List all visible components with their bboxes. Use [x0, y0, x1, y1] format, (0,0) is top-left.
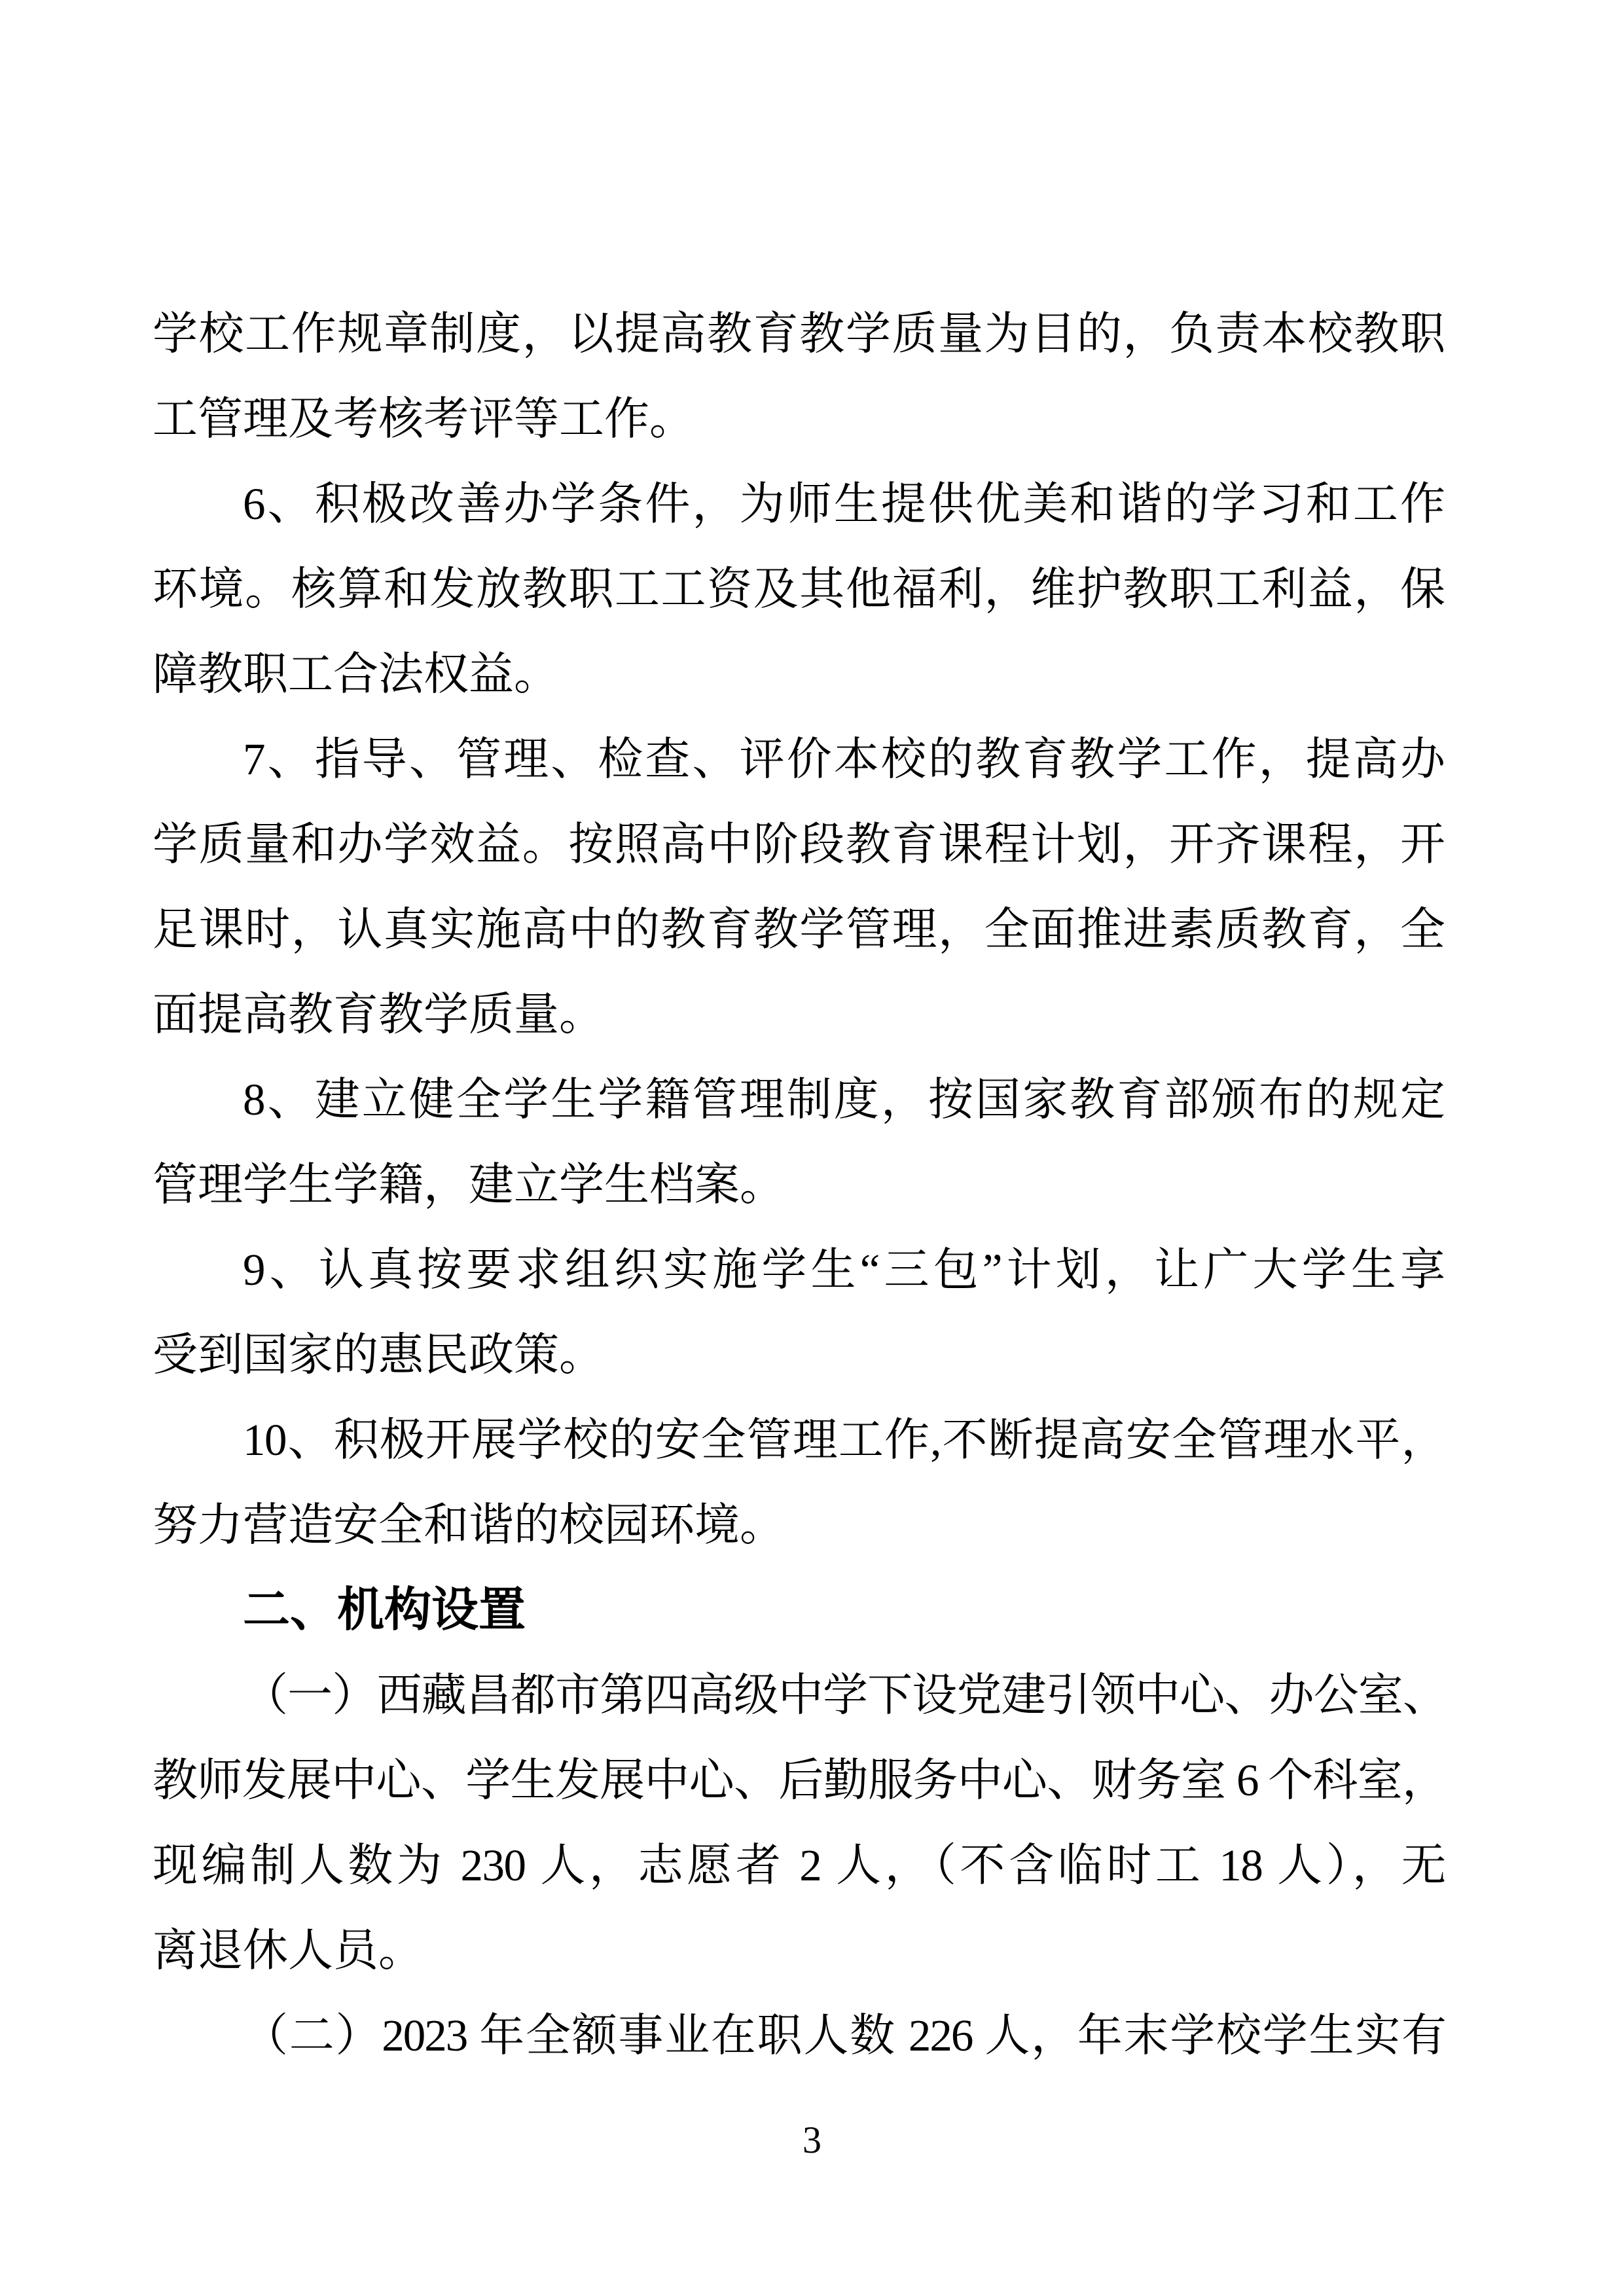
text-line: 学校工作规章制度，以提高教育教学质量为目的，负责本校教职: [153, 291, 1445, 376]
text-line: 面提高教育教学质量。: [153, 972, 1445, 1057]
text-line: 受到国家的惠民政策。: [153, 1312, 1445, 1397]
document-page: 学校工作规章制度，以提高教育教学质量为目的，负责本校教职 工管理及考核考评等工作…: [0, 0, 1624, 2296]
text-line: 管理学生学籍，建立学生档案。: [153, 1142, 1445, 1227]
section-heading: 二、机构设置: [153, 1568, 1445, 1653]
text-line: 足课时，认真实施高中的教育教学管理，全面推进素质教育，全: [153, 887, 1445, 972]
text-line: 努力营造安全和谐的校园环境。: [153, 1482, 1445, 1568]
text-line: （二）2023 年全额事业在职人数 226 人，年末学校学生实有: [153, 1993, 1445, 2078]
document-body: 学校工作规章制度，以提高教育教学质量为目的，负责本校教职 工管理及考核考评等工作…: [153, 291, 1445, 2078]
text-line: 9、认真按要求组织实施学生“三包”计划，让广大学生享: [153, 1227, 1445, 1312]
text-line: 8、建立健全学生学籍管理制度，按国家教育部颁布的规定: [153, 1057, 1445, 1142]
page-number: 3: [0, 2114, 1624, 2166]
text-line: 6、积极改善办学条件，为师生提供优美和谐的学习和工作: [153, 461, 1445, 547]
text-line: 离退休人员。: [153, 1908, 1445, 1993]
text-line: 学质量和办学效益。按照高中阶段教育课程计划，开齐课程，开: [153, 802, 1445, 887]
text-line: 工管理及考核考评等工作。: [153, 376, 1445, 461]
text-line: 10、积极开展学校的安全管理工作,不断提高安全管理水平，: [153, 1397, 1445, 1482]
text-line: （一）西藏昌都市第四高级中学下设党建引领中心、办公室、: [153, 1653, 1445, 1738]
text-line: 障教职工合法权益。: [153, 632, 1445, 717]
text-line: 现编制人数为 230 人，志愿者 2 人，（不含临时工 18 人），无: [153, 1823, 1445, 1908]
text-line: 环境。核算和发放教职工工资及其他福利，维护教职工利益，保: [153, 547, 1445, 632]
text-line: 7、指导、管理、检查、评价本校的教育教学工作，提高办: [153, 717, 1445, 802]
text-line: 教师发展中心、学生发展中心、后勤服务中心、财务室 6 个科室，: [153, 1738, 1445, 1823]
